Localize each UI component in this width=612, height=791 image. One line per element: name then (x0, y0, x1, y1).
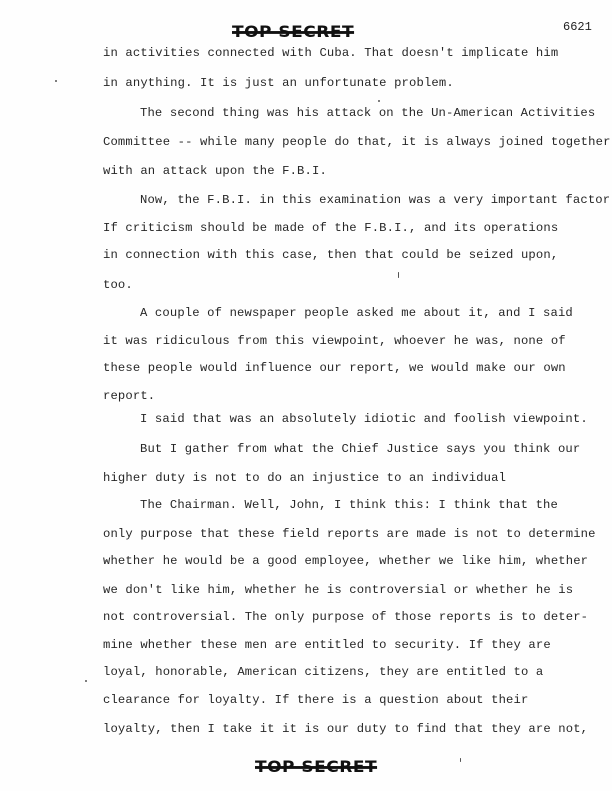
text-line: Now, the F.B.I. in this examination was … (140, 193, 610, 207)
text-line: these people would influence our report,… (103, 361, 566, 375)
text-line: loyal, honorable, American citizens, the… (103, 665, 543, 679)
text-line: But I gather from what the Chief Justice… (140, 442, 580, 456)
page-number: 6621 (563, 20, 592, 34)
text-line: in activities connected with Cuba. That … (103, 46, 558, 60)
text-line: we don't like him, whether he is controv… (103, 583, 573, 597)
scan-speck (398, 272, 399, 278)
scan-speck (85, 680, 87, 682)
text-line: not controversial. The only purpose of t… (103, 610, 588, 624)
scan-speck (105, 560, 107, 562)
classification-stamp-top: TOP SECRET (232, 23, 354, 42)
text-line: The second thing was his attack on the U… (140, 106, 595, 120)
text-line: mine whether these men are entitled to s… (103, 638, 551, 652)
text-line: in anything. It is just an unfortunate p… (103, 76, 454, 90)
text-line: only purpose that these field reports ar… (103, 527, 596, 541)
text-line: with an attack upon the F.B.I. (103, 164, 327, 178)
text-line: it was ridiculous from this viewpoint, w… (103, 334, 566, 348)
scan-speck (378, 100, 380, 102)
text-line: Committee -- while many people do that, … (103, 135, 611, 149)
text-line: clearance for loyalty. If there is a que… (103, 693, 528, 707)
text-line: higher duty is not to do an injustice to… (103, 471, 506, 485)
text-line: I said that was an absolutely idiotic an… (140, 412, 588, 426)
text-line: loyalty, then I take it it is our duty t… (103, 722, 588, 736)
text-line: whether he would be a good employee, whe… (103, 554, 588, 568)
classification-stamp-bottom: TOP SECRET (255, 758, 377, 777)
scan-speck (55, 80, 57, 82)
text-line: in connection with this case, then that … (103, 248, 558, 262)
text-line: A couple of newspaper people asked me ab… (140, 306, 573, 320)
scan-speck (460, 758, 461, 762)
text-line: If criticism should be made of the F.B.I… (103, 221, 558, 235)
document-page: TOP SECRET 6621 in activities connected … (0, 0, 612, 791)
text-line: report. (103, 389, 155, 403)
text-line: The Chairman. Well, John, I think this: … (140, 498, 558, 512)
text-line: too. (103, 278, 133, 292)
